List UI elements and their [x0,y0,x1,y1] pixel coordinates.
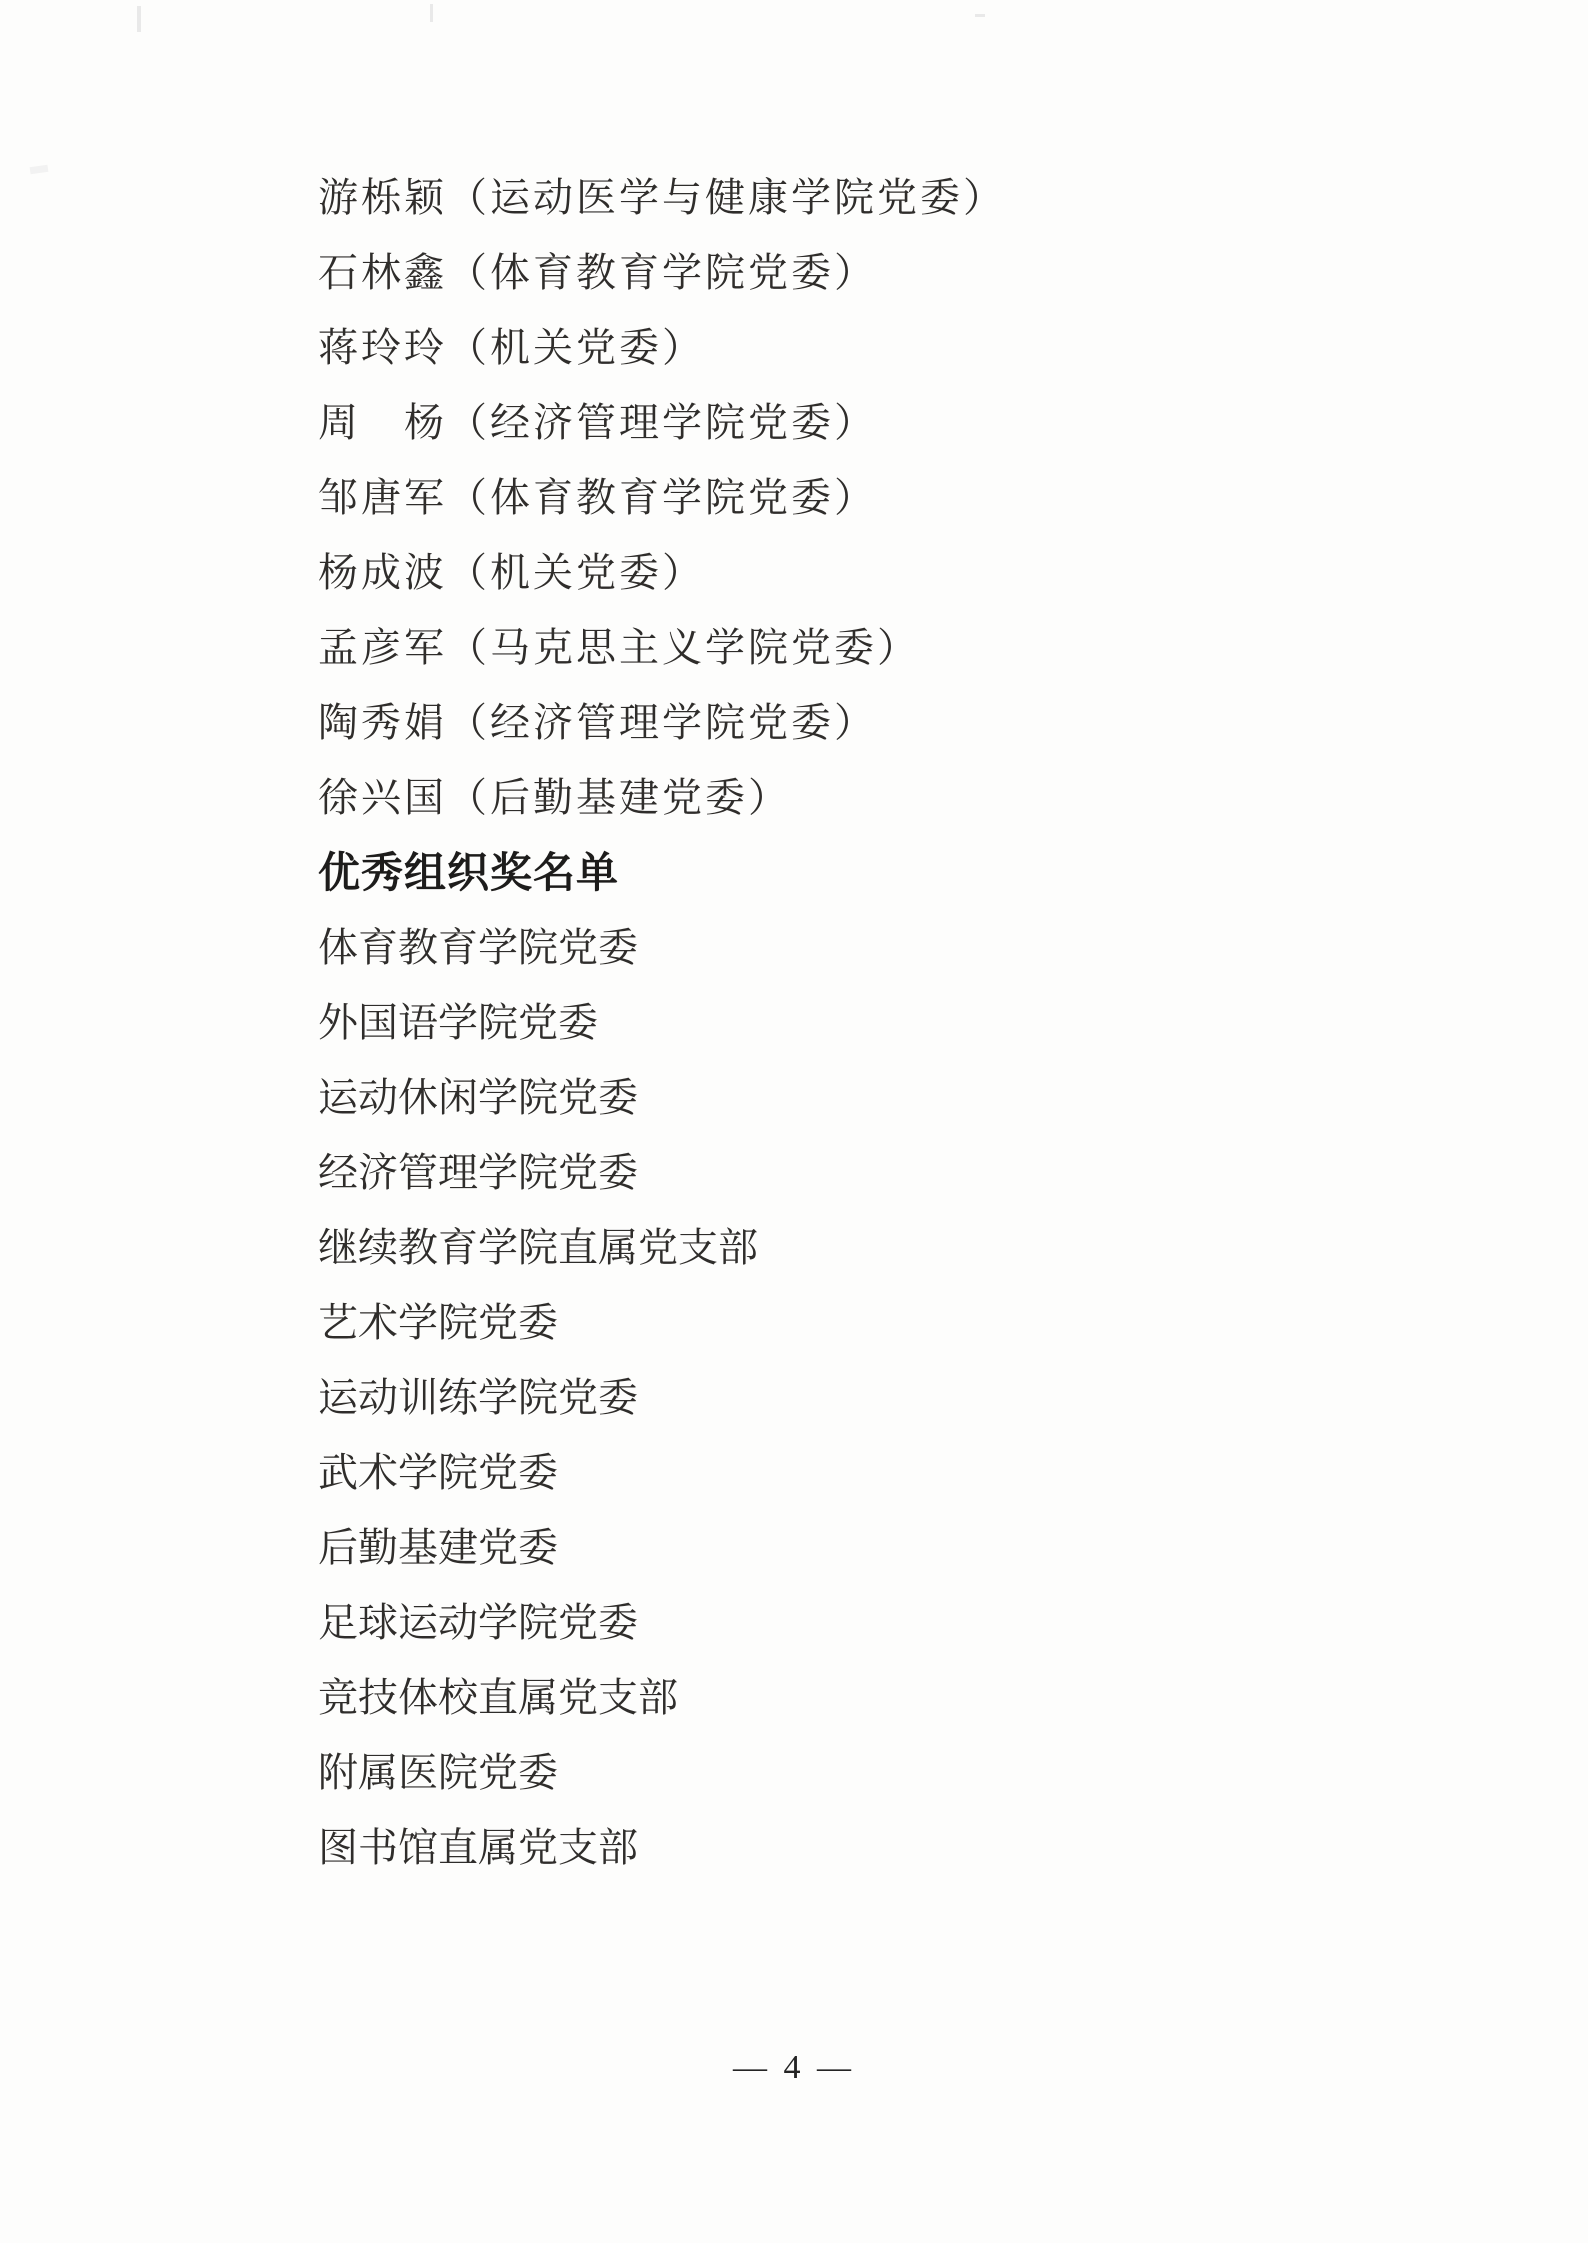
award-recipient-line: 徐兴国（后勤基建党委） [318,760,1006,835]
recipient-name: 蒋玲玲 [318,310,447,385]
recipient-name: 孟彦军 [318,610,447,685]
organization-item: 足球运动学院党委 [318,1585,1006,1660]
organization-item: 外国语学院党委 [318,985,1006,1060]
organization-item: 运动休闲学院党委 [318,1060,1006,1135]
organization-item: 经济管理学院党委 [318,1135,1006,1210]
organization-item: 继续教育学院直属党支部 [318,1210,1006,1285]
individual-award-list: 游栎颖（运动医学与健康学院党委）石林鑫（体育教育学院党委）蒋玲玲（机关党委）周 … [318,160,1006,835]
recipient-affiliation: （机关党委） [447,310,705,385]
award-recipient-line: 周 杨（经济管理学院党委） [318,385,1006,460]
organization-item: 图书馆直属党支部 [318,1810,1006,1885]
recipient-name: 邹唐军 [318,460,447,535]
recipient-affiliation: （马克思主义学院党委） [447,610,920,685]
organization-item: 竞技体校直属党支部 [318,1660,1006,1735]
recipient-affiliation: （体育教育学院党委） [447,235,877,310]
scan-artifact [430,4,433,22]
organization-item: 武术学院党委 [318,1435,1006,1510]
organization-item: 运动训练学院党委 [318,1360,1006,1435]
organization-item: 艺术学院党委 [318,1285,1006,1360]
page-number: — 4 — [0,2038,1588,2098]
recipient-affiliation: （运动医学与健康学院党委） [447,160,1006,235]
organization-item: 附属医院党委 [318,1735,1006,1810]
recipient-name: 陶秀娟 [318,685,447,760]
scan-artifact [137,6,141,32]
organization-item: 体育教育学院党委 [318,910,1006,985]
section-heading: 优秀组织奖名单 [318,835,1006,910]
award-recipient-line: 蒋玲玲（机关党委） [318,310,1006,385]
document-body: 游栎颖（运动医学与健康学院党委）石林鑫（体育教育学院党委）蒋玲玲（机关党委）周 … [318,160,1006,1885]
award-recipient-line: 孟彦军（马克思主义学院党委） [318,610,1006,685]
recipient-affiliation: （经济管理学院党委） [447,385,877,460]
organization-award-list: 体育教育学院党委外国语学院党委运动休闲学院党委经济管理学院党委继续教育学院直属党… [318,910,1006,1885]
recipient-affiliation: （机关党委） [447,535,705,610]
award-recipient-line: 陶秀娟（经济管理学院党委） [318,685,1006,760]
award-recipient-line: 游栎颖（运动医学与健康学院党委） [318,160,1006,235]
scan-artifact [30,165,49,174]
award-recipient-line: 杨成波（机关党委） [318,535,1006,610]
recipient-name: 徐兴国 [318,760,447,835]
recipient-name: 周 杨 [318,385,447,460]
scan-artifact [975,14,985,17]
organization-item: 后勤基建党委 [318,1510,1006,1585]
recipient-name: 石林鑫 [318,235,447,310]
award-recipient-line: 石林鑫（体育教育学院党委） [318,235,1006,310]
recipient-name: 杨成波 [318,535,447,610]
recipient-name: 游栎颖 [318,160,447,235]
document-page: 游栎颖（运动医学与健康学院党委）石林鑫（体育教育学院党委）蒋玲玲（机关党委）周 … [0,0,1588,2243]
recipient-affiliation: （后勤基建党委） [447,760,791,835]
recipient-affiliation: （经济管理学院党委） [447,685,877,760]
award-recipient-line: 邹唐军（体育教育学院党委） [318,460,1006,535]
recipient-affiliation: （体育教育学院党委） [447,460,877,535]
